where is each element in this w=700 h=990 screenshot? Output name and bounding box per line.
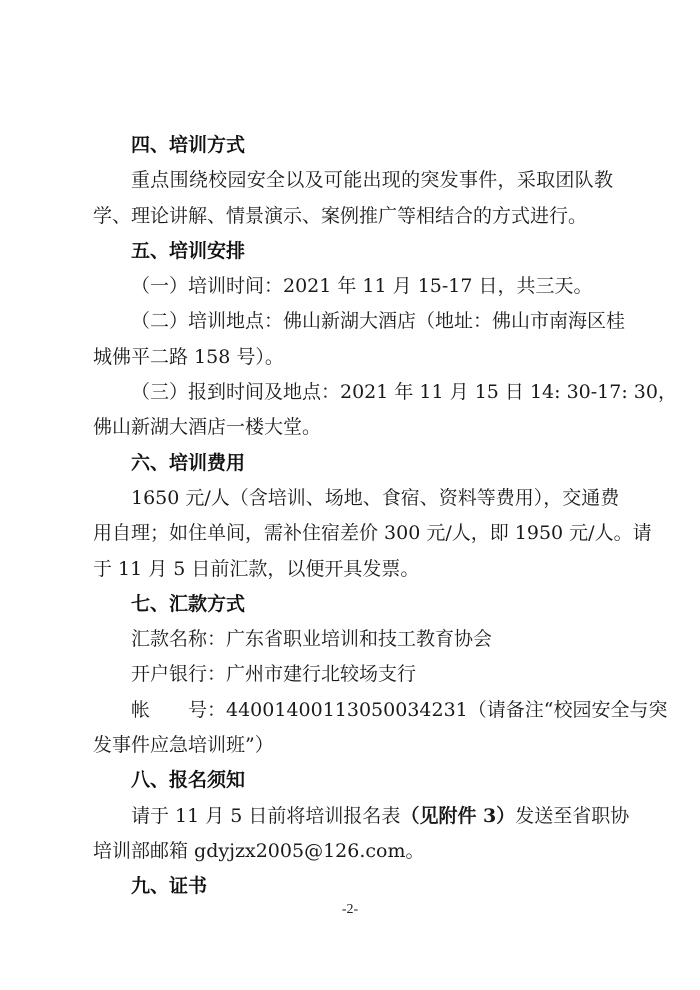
paragraph-line: 学、理论讲解、情景演示、案例推广等相结合的方式进行。 bbox=[93, 199, 613, 234]
text-run: 发送至省职协 bbox=[515, 805, 629, 827]
paragraph-line: （二）培训地点：佛山新湖大酒店（地址：佛山市南海区桂 bbox=[93, 304, 613, 339]
paragraph-line: 1650 元/人（含培训、场地、食宿、资料等费用），交通费 bbox=[93, 481, 613, 516]
page-number: -2- bbox=[0, 902, 700, 918]
section-heading-certificate: 九、证书 bbox=[93, 869, 613, 904]
paragraph-line: 佛山新湖大酒店一楼大堂。 bbox=[93, 410, 613, 445]
section-heading-training-fees: 六、培训费用 bbox=[93, 446, 613, 481]
paragraph-line: 重点围绕校园安全以及可能出现的突发事件，采取团队教 bbox=[93, 163, 613, 198]
paragraph-line: （三）报到时间及地点：2021 年 11 月 15 日 14: 30-17: 3… bbox=[93, 375, 613, 410]
paragraph-line: 发事件应急培训班”） bbox=[93, 728, 613, 763]
paragraph-line: 培训部邮箱 gdyjzx2005@126.com。 bbox=[93, 834, 613, 869]
paragraph-line: 用自理；如住单间，需补住宿差价 300 元/人，即 1950 元/人。请 bbox=[93, 516, 613, 551]
attachment-reference: （见附件 3） bbox=[400, 805, 515, 827]
section-heading-registration: 八、报名须知 bbox=[93, 763, 613, 798]
section-heading-remittance: 七、汇款方式 bbox=[93, 587, 613, 622]
paragraph-line: （一）培训时间：2021 年 11 月 15-17 日，共三天。 bbox=[93, 269, 613, 304]
paragraph-line: 汇款名称：广东省职业培训和技工教育协会 bbox=[93, 622, 613, 657]
text-run: 请于 11 月 5 日前将培训报名表 bbox=[131, 805, 400, 827]
paragraph-line: 开户银行：广州市建行北较场支行 bbox=[93, 657, 613, 692]
paragraph-line: 帐 号：44001400113050034231（请备注“校园安全与突 bbox=[93, 693, 613, 728]
document-body: 四、培训方式 重点围绕校园安全以及可能出现的突发事件，采取团队教 学、理论讲解、… bbox=[93, 128, 613, 905]
section-heading-training-schedule: 五、培训安排 bbox=[93, 234, 613, 269]
paragraph-line: 城佛平二路 158 号）。 bbox=[93, 340, 613, 375]
paragraph-line: 请于 11 月 5 日前将培训报名表（见附件 3）发送至省职协 bbox=[93, 799, 613, 834]
section-heading-training-method: 四、培训方式 bbox=[93, 128, 613, 163]
document-page: 四、培训方式 重点围绕校园安全以及可能出现的突发事件，采取团队教 学、理论讲解、… bbox=[0, 0, 700, 990]
paragraph-line: 于 11 月 5 日前汇款，以便开具发票。 bbox=[93, 552, 613, 587]
